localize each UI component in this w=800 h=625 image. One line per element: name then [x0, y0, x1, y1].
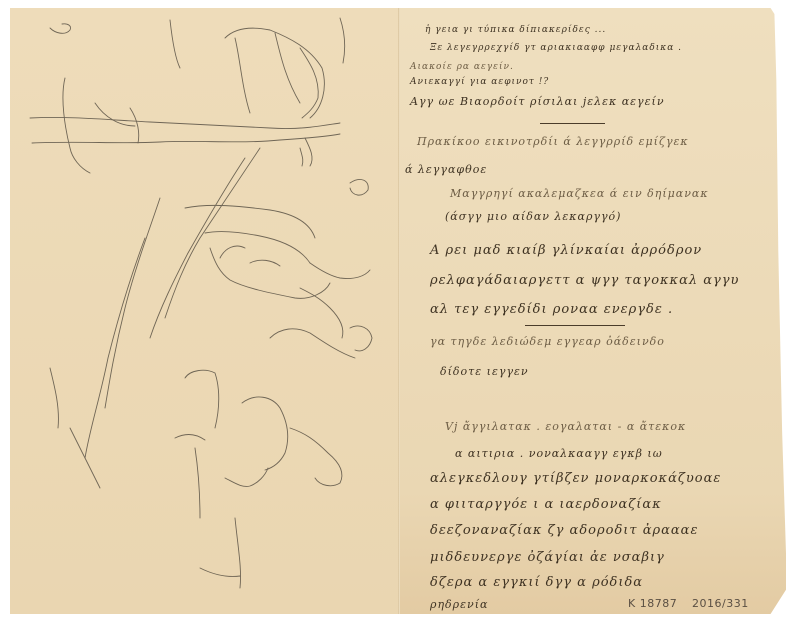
- handwritten-line: δίδοτε ιεγγεν: [440, 365, 529, 378]
- handwritten-line: α φιιταργγόε ι α ιαερδοναζίακ: [430, 497, 662, 512]
- underline: [525, 325, 625, 326]
- handwritten-line: Μαγγρηγί ακαλεμαζκεα ά ειν δηίμανακ: [450, 187, 709, 200]
- handwritten-line: Πρακίκοο εικινοτρδίι ά λεγγρρίδ εμίζγεκ: [417, 135, 689, 148]
- accession-number: 2016/331: [692, 597, 749, 610]
- pencil-sketch: [10, 8, 400, 614]
- handwritten-line: αλεγκεδλουγ γτίβζεν μοναρκοκάζυοαε: [430, 471, 721, 486]
- handwritten-line: α αιτιρια . νοναλκααγγ εγκβ ιω: [455, 447, 663, 460]
- handwritten-line: Αγγ ωε Βιαορδοίτ ρίσιλαι jελεκ αεγείν: [410, 95, 665, 108]
- handwritten-line: αλ τεγ εγγεδίδι ροναα ενεργδε .: [430, 302, 673, 317]
- handwritten-line: ἡ γεια γι τύπικα δίπιακερίδες ...: [425, 25, 606, 35]
- handwritten-line: ρελφαγάδαιαργεττ α ψγγ ταγοκκαλ αγγυ: [430, 273, 739, 288]
- handwritten-line: δζερα α εγγκιί δγγ α ρόδιδα: [430, 575, 643, 590]
- handwritten-line: Ξε λεγεγρρεχγίδ γτ αριακιααφφ μεγαλαδικα…: [430, 43, 682, 53]
- handwritten-line: γα τηγδε λεδιώδεμ εγγεαρ ὀάδεινδο: [430, 335, 665, 348]
- handwritten-line: μιδδευνεργε ὀζάγίαι ἀε νσαβιγ: [430, 550, 665, 565]
- left-page: [10, 8, 400, 614]
- handwritten-line: ά λεγγαφθοε: [405, 163, 487, 176]
- handwritten-line: Vj ἄγγιλατακ . εογαλαται - α ἄτεκοκ: [445, 420, 686, 433]
- handwritten-line: δεεζοναναζίακ ζγ αδοροδιτ ἀραααε: [430, 523, 698, 538]
- handwritten-line: (άσγγ μιο αίδαν λεκαργγό): [445, 210, 621, 223]
- separator-rule: [540, 123, 605, 124]
- catalog-number: K 18787: [628, 597, 677, 610]
- handwritten-line: ρηδρενία: [430, 598, 488, 611]
- handwritten-line: Ανιεκαγγί για αεφινοτ !?: [410, 77, 549, 87]
- handwritten-line: Α ρει μαδ κιαίβ γλίνκαίαι ἀρρόδρον: [430, 243, 702, 258]
- handwritten-line: Αιακοίε ρα αεγείν.: [410, 62, 514, 72]
